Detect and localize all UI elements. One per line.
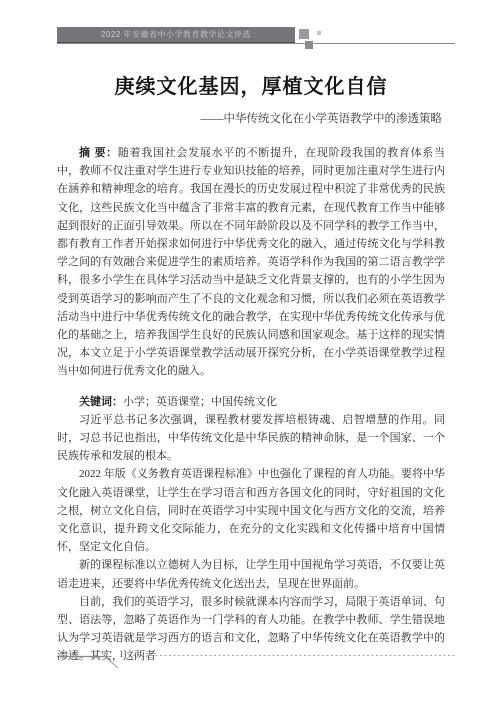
header-square-decoration-large bbox=[299, 29, 309, 39]
header-rule bbox=[57, 43, 455, 44]
keywords-label: 关键词： bbox=[79, 396, 123, 408]
footer-rule-graphic bbox=[55, 646, 460, 672]
keywords-paragraph: 关键词：小学；英语课堂；中国传统文化 bbox=[57, 393, 445, 411]
abstract-paragraph: 摘 要：随着我国社会发展水平的不断提升，在现阶段我国的教育体系当中，教师不仅注重… bbox=[57, 144, 445, 381]
page-footer: 1 bbox=[55, 646, 460, 672]
header-journal-title: 2022 年安徽省中小学教育教学论文评选 bbox=[101, 31, 251, 39]
header-banner: 2022 年安徽省中小学教育教学论文评选 bbox=[57, 27, 295, 44]
body-paragraph-2: 2022 年版《义务教育英语课程标准》中也强化了课程的育人功能。要将中华文化融入… bbox=[57, 465, 445, 556]
abstract-label: 摘 要： bbox=[79, 147, 118, 159]
body-paragraph-1: 习近平总书记多次强调，课程教材要发挥培根铸魂、启智增慧的作用。同时，习总书记也指… bbox=[57, 411, 445, 466]
header-square-decoration-on-rule bbox=[305, 41, 313, 49]
keywords-text: 小学；英语课堂；中国传统文化 bbox=[123, 396, 277, 408]
document-page: 2022 年安徽省中小学教育教学论文评选 庚续文化基因，厚植文化自信 ——中华传… bbox=[0, 0, 500, 707]
article-body: 摘 要：随着我国社会发展水平的不断提升，在现阶段我国的教育体系当中，教师不仅注重… bbox=[57, 144, 445, 666]
header-square-decoration-small bbox=[317, 31, 321, 35]
page-header: 2022 年安徽省中小学教育教学论文评选 bbox=[57, 27, 457, 53]
article-subtitle: ——中华传统文化在小学英语教学中的渗透策略 bbox=[57, 110, 442, 126]
body-paragraph-3: 新的课程标准以立德树人为目标，让学生用中国视角学习英语，不仅要让英语走进来，还要… bbox=[57, 556, 445, 592]
page-number: 1 bbox=[119, 650, 124, 660]
abstract-text: 随着我国社会发展水平的不断提升，在现阶段我国的教育体系当中，教师不仅注重对学生进… bbox=[57, 147, 445, 377]
article-title: 庚续文化基因，厚植文化自信 bbox=[57, 70, 445, 99]
